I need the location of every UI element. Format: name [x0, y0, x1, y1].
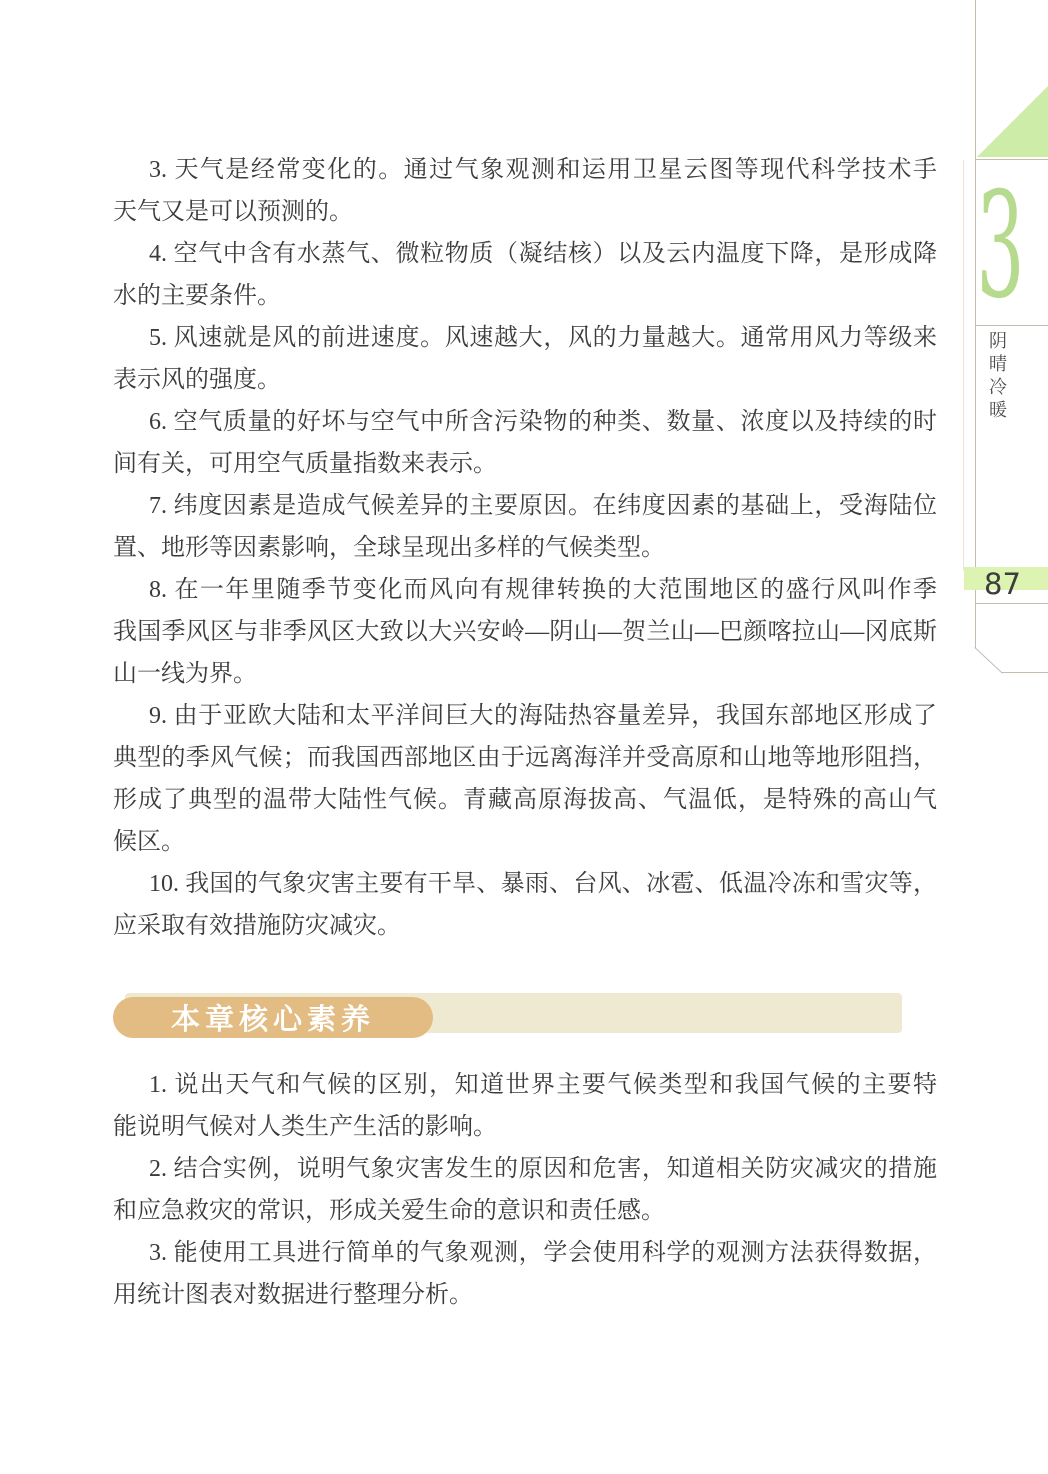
- core-competency-line: 1. 说出天气和气候的区别，知道世界主要气候类型和我国气候的主要特点，: [113, 1064, 937, 1106]
- section-banner: 本章核心素养: [113, 997, 433, 1038]
- core-competency-line: 2. 结合实例，说明气象灾害发生的原因和危害，知道相关防灾减灾的措施: [113, 1148, 937, 1190]
- chapter-title-vertical: 阴晴冷暖: [984, 331, 1010, 423]
- knowledge-point-line: 间有关，可用空气质量指数来表示。: [113, 443, 937, 485]
- margin-rule-vertical-faint: [963, 160, 964, 570]
- knowledge-point-line: 天气又是可以预测的。: [113, 191, 937, 233]
- knowledge-points-list: 3. 天气是经常变化的。通过气象观测和运用卫星云图等现代科学技术手段，天气又是可…: [113, 149, 937, 947]
- margin-divider-top: [975, 159, 1048, 160]
- textbook-page: { "page": { "number": "87", "chapter_num…: [0, 0, 1048, 1474]
- core-competency-line: 用统计图表对数据进行整理分析。: [113, 1274, 937, 1316]
- core-competency-line: 和应急救灾的常识，形成关爱生命的意识和责任感。: [113, 1190, 937, 1232]
- core-competency-line: 3. 能使用工具进行简单的气象观测，学会使用科学的观测方法获得数据，: [113, 1232, 937, 1274]
- knowledge-point-line: 10. 我国的气象灾害主要有干旱、暴雨、台风、冰雹、低温冷冻和雪灾等，: [113, 863, 937, 905]
- core-competency-line: 能说明气候对人类生产生活的影响。: [113, 1106, 937, 1148]
- margin-corner-bevel: [974, 647, 1002, 674]
- knowledge-point-line: 置、地形等因素影响，全球呈现出多样的气候类型。: [113, 527, 937, 569]
- knowledge-point-line: 4. 空气中含有水蒸气、微粒物质（凝结核）以及云内温度下降，是形成降: [113, 233, 937, 275]
- knowledge-point-line: 形成了典型的温带大陆性气候。青藏高原海拔高、气温低，是特殊的高山气: [113, 779, 937, 821]
- margin-divider-under-page-number: [975, 603, 1048, 604]
- knowledge-point-line: 候区。: [113, 821, 937, 863]
- knowledge-point-line: 水的主要条件。: [113, 275, 937, 317]
- chapter-number: 3: [973, 188, 1028, 308]
- section-banner-label: 本章核心素养: [171, 997, 375, 1038]
- margin-divider-bottom: [1001, 672, 1048, 673]
- knowledge-point-line: 9. 由于亚欧大陆和太平洋间巨大的海陆热容量差异，我国东部地区形成了: [113, 695, 937, 737]
- knowledge-point-line: 8. 在一年里随季节变化而风向有规律转换的大范围地区的盛行风叫作季风。: [113, 569, 937, 611]
- knowledge-point-line: 山一线为界。: [113, 653, 937, 695]
- chapter-corner-triangle-icon: [977, 86, 1048, 157]
- knowledge-point-line: 典型的季风气候；而我国西部地区由于远离海洋并受高原和山地等地形阻挡，: [113, 737, 937, 779]
- knowledge-point-line: 5. 风速就是风的前进速度。风速越大，风的力量越大。通常用风力等级来: [113, 317, 937, 359]
- page-number: 87: [984, 569, 1044, 600]
- core-competency-list: 1. 说出天气和气候的区别，知道世界主要气候类型和我国气候的主要特点，能说明气候…: [113, 1064, 937, 1316]
- knowledge-point-line: 3. 天气是经常变化的。通过气象观测和运用卫星云图等现代科学技术手段，: [113, 149, 937, 191]
- knowledge-point-line: 应采取有效措施防灾减灾。: [113, 905, 937, 947]
- knowledge-point-line: 我国季风区与非季风区大致以大兴安岭—阴山—贺兰山—巴颜喀拉山—冈底斯: [113, 611, 937, 653]
- knowledge-point-line: 6. 空气质量的好坏与空气中所含污染物的种类、数量、浓度以及持续的时: [113, 401, 937, 443]
- knowledge-point-line: 7. 纬度因素是造成气候差异的主要原因。在纬度因素的基础上，受海陆位: [113, 485, 937, 527]
- knowledge-point-line: 表示风的强度。: [113, 359, 937, 401]
